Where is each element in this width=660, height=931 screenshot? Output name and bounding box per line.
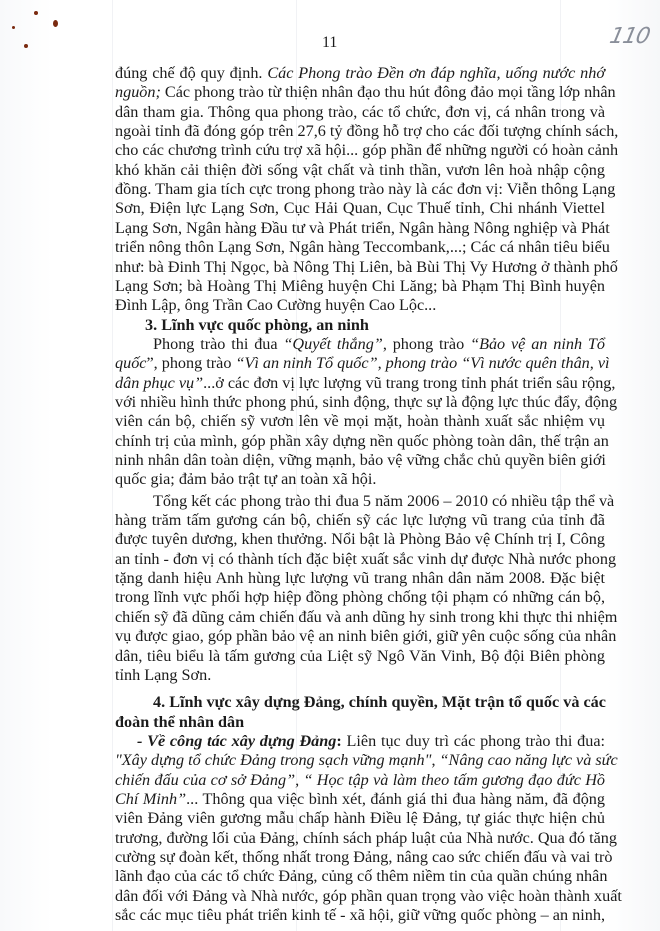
text-line: viên Đảng viên gương mẫu chấp hành Điều … bbox=[115, 809, 605, 828]
text-line: trong lĩnh vực phối hợp hiệp đồng phòng … bbox=[115, 588, 605, 607]
text-segment: Đình Lập, ông Trần Cao Cường huyện Cao L… bbox=[115, 296, 436, 314]
text-segment: ... Thông qua việc bình xét, đánh giá th… bbox=[186, 790, 605, 808]
text-segment: ...ở các đơn vị lực lượng vũ trang trong… bbox=[203, 374, 615, 392]
text-line: quốc gia; đảm bảo trật tự an toàn xã hội… bbox=[115, 470, 605, 489]
text-line: quốc”, phong trào “Vì an ninh Tổ quốc”, … bbox=[115, 354, 605, 373]
text-segment: đúng chế độ quy định. bbox=[115, 64, 267, 82]
text-line: đúng chế độ quy định. Các Phong trào Đền… bbox=[115, 64, 605, 83]
text-line: dân tham gia. Thông qua phong trào, các … bbox=[115, 103, 605, 122]
text-segment: dân tham gia. Thông qua phong trào, các … bbox=[115, 103, 605, 121]
text-segment: hàng trăm tấm gương cán bộ, chiến sỹ các… bbox=[115, 511, 605, 529]
text-line: nguồn; Các phong trào từ thiện nhân đạo … bbox=[115, 83, 605, 102]
text-segment: được tuyên dương, khen thưởng. Nổi bật l… bbox=[115, 530, 605, 548]
text-line: - Về công tác xây dựng Đảng: Liên tục du… bbox=[137, 732, 605, 751]
text-line: an tỉnh - đơn vị có thành tích đặc biệt … bbox=[115, 550, 605, 569]
text-line: Lạng Sơn, Ngân hàng Đầu tư và Phát triển… bbox=[115, 219, 605, 238]
text-line: 4. Lĩnh vực xây dựng Đảng, chính quyền, … bbox=[153, 693, 605, 712]
text-segment: Lạng Sơn, Ngân hàng Đầu tư và Phát triển… bbox=[115, 219, 610, 237]
text-segment: Tổng kết các phong trào thi đua 5 năm 20… bbox=[153, 492, 614, 510]
text-line: ninh nhân dân toàn diện, vững mạnh, bảo … bbox=[115, 451, 605, 470]
text-segment: triển nông thôn Lạng Sơn, Ngân hàng Tecc… bbox=[115, 238, 610, 256]
text-line: cường sự đoàn kết, thống nhất trong Đảng… bbox=[115, 848, 605, 867]
text-segment: trương, đường lối của Đảng, chính sách p… bbox=[115, 829, 617, 847]
text-line: sắc các mục tiêu phát triển kinh tế - xã… bbox=[115, 906, 605, 925]
text-line: tỉnh Lạng Sơn. bbox=[115, 666, 605, 685]
text-segment: an tỉnh - đơn vị có thành tích đặc biệt … bbox=[115, 550, 616, 568]
document-page: 11 110 đúng chế độ quy định. Các Phong t… bbox=[0, 0, 660, 931]
text-segment: vụ được giao, góp phần bảo vệ an ninh bi… bbox=[115, 627, 616, 645]
text-segment: Phong trào thi đua bbox=[153, 335, 283, 353]
text-line: với nhiều hình thức phong phú, sinh động… bbox=[115, 393, 605, 412]
text-segment: “Bảo vệ an ninh Tổ bbox=[470, 335, 605, 353]
text-line: đồng. Tham gia tích cực trong phong trào… bbox=[115, 180, 605, 199]
text-line: đoàn thể nhân dân bbox=[115, 713, 605, 732]
text-segment: , phong trào bbox=[383, 335, 470, 353]
text-line: Lạng Sơn; bà Hoàng Thị Miêng huyện Chi L… bbox=[115, 277, 605, 296]
text-line: trương, đường lối của Đảng, chính sách p… bbox=[115, 829, 605, 848]
text-segment: Sơn, Điện lực Lạng Sơn, Cục Hải Quan, Cụ… bbox=[115, 199, 605, 217]
text-segment: Chí Minh” bbox=[115, 790, 186, 808]
text-line: "Xây dựng tổ chức Đảng trong sạch vững m… bbox=[115, 751, 605, 770]
text-segment: quốc gia; đảm bảo trật tự an toàn xã hội… bbox=[115, 470, 376, 488]
text-segment: ngoài tỉnh đã đóng góp trên 27,6 tỷ đồng… bbox=[115, 122, 618, 140]
ink-spot bbox=[24, 44, 28, 48]
text-line: chiến sỹ đã dũng cảm chiến đấu và anh dũ… bbox=[115, 608, 605, 627]
text-segment: : bbox=[336, 732, 346, 750]
text-segment: Lạng Sơn; bà Hoàng Thị Miêng huyện Chi L… bbox=[115, 277, 605, 295]
text-segment: chính trị của mình, góp phần xây dựng nề… bbox=[115, 432, 609, 450]
text-segment: - Về công tác xây dựng Đảng bbox=[137, 732, 336, 750]
text-segment: ”, phong trào bbox=[146, 354, 235, 372]
text-segment: đồng. Tham gia tích cực trong phong trào… bbox=[115, 180, 615, 198]
text-line: Tổng kết các phong trào thi đua 5 năm 20… bbox=[153, 492, 605, 511]
page-number: 11 bbox=[322, 34, 337, 52]
text-line: ngoài tỉnh đã đóng góp trên 27,6 tỷ đồng… bbox=[115, 122, 605, 141]
text-segment: dân, tiêu biểu là tấm gương của Liệt sỹ … bbox=[115, 647, 605, 665]
text-line: triển nông thôn Lạng Sơn, Ngân hàng Tecc… bbox=[115, 238, 605, 257]
ink-spot bbox=[34, 11, 38, 15]
text-segment: "Xây dựng tổ chức Đảng trong sạch vững m… bbox=[115, 751, 431, 769]
text-segment: dân đối với Đảng và Nhà nước, góp phần q… bbox=[115, 887, 622, 905]
ink-spot bbox=[12, 26, 15, 29]
text-segment: tặng danh hiệu Anh hùng lực lượng vũ tra… bbox=[115, 569, 605, 587]
text-segment: khó khăn cải thiện đời sống vật chất và … bbox=[115, 161, 605, 179]
text-segment: Các Phong trào Đền ơn đáp nghĩa, uống nư… bbox=[267, 64, 605, 82]
text-line: 3. Lĩnh vực quốc phòng, an ninh bbox=[145, 316, 605, 335]
text-segment: 4. Lĩnh vực xây dựng Đảng, chính quyền, … bbox=[153, 693, 606, 711]
text-line: vụ được giao, góp phần bảo vệ an ninh bi… bbox=[115, 627, 605, 646]
text-segment: như: bà Đinh Thị Ngọc, bà Nông Thị Liên,… bbox=[115, 258, 618, 276]
text-segment: nguồn; bbox=[115, 83, 161, 101]
text-segment: sắc các mục tiêu phát triển kinh tế - xã… bbox=[115, 906, 605, 924]
text-line: hàng trăm tấm gương cán bộ, chiến sỹ các… bbox=[115, 511, 605, 530]
text-segment: quốc bbox=[115, 354, 146, 372]
text-line: khó khăn cải thiện đời sống vật chất và … bbox=[115, 161, 605, 180]
text-segment: Các phong trào từ thiện nhân đạo thu hút… bbox=[161, 83, 616, 101]
text-line: lãnh đạo của các tổ chức Đảng, củng cố t… bbox=[115, 867, 605, 886]
text-segment: lãnh đạo của các tổ chức Đảng, củng cố t… bbox=[115, 867, 607, 885]
text-segment: chiến sỹ đã dũng cảm chiến đấu và anh dũ… bbox=[115, 608, 617, 626]
text-line: chiến đấu của cơ sở Đảng”, “ Học tập và … bbox=[115, 771, 605, 790]
text-line: viên cán bộ, chiến sỹ vươn lên về mọi mặ… bbox=[115, 412, 605, 431]
text-segment: 3. Lĩnh vực quốc phòng, an ninh bbox=[145, 316, 369, 334]
text-line: tặng danh hiệu Anh hùng lực lượng vũ tra… bbox=[115, 569, 605, 588]
scan-artifact-line bbox=[112, 0, 113, 931]
text-line: Phong trào thi đua “Quyết thắng”, phong … bbox=[153, 335, 605, 354]
text-segment: tỉnh Lạng Sơn. bbox=[115, 666, 211, 684]
text-line: Chí Minh”... Thông qua việc bình xét, đá… bbox=[115, 790, 605, 809]
text-segment: “Vì an ninh Tổ quốc”, phong trào “Vì nướ… bbox=[235, 354, 609, 372]
text-line: dân đối với Đảng và Nhà nước, góp phần q… bbox=[115, 887, 605, 906]
text-segment: viên Đảng viên gương mẫu chấp hành Điều … bbox=[115, 809, 605, 827]
text-segment: chiến đấu của cơ sở Đảng”, “ Học tập và … bbox=[115, 771, 605, 789]
text-segment: viên cán bộ, chiến sỹ vươn lên về mọi mặ… bbox=[115, 412, 605, 430]
text-line: cho các chương trình cứu trợ xã hội... g… bbox=[115, 141, 605, 160]
text-line: Đình Lập, ông Trần Cao Cường huyện Cao L… bbox=[115, 296, 605, 315]
handwritten-annotation: 110 bbox=[607, 24, 651, 49]
text-segment: cho các chương trình cứu trợ xã hội... g… bbox=[115, 141, 618, 159]
text-segment: ninh nhân dân toàn diện, vững mạnh, bảo … bbox=[115, 451, 606, 469]
text-line: được tuyên dương, khen thưởng. Nổi bật l… bbox=[115, 530, 605, 549]
text-segment: đoàn thể nhân dân bbox=[115, 713, 244, 731]
text-line: dân, tiêu biểu là tấm gương của Liệt sỹ … bbox=[115, 647, 605, 666]
text-segment: cường sự đoàn kết, thống nhất trong Đảng… bbox=[115, 848, 612, 866]
text-segment: trong lĩnh vực phối hợp hiệp đồng phòng … bbox=[115, 588, 605, 606]
text-line: dân phục vụ”...ở các đơn vị lực lượng vũ… bbox=[115, 374, 605, 393]
text-line: chính trị của mình, góp phần xây dựng nề… bbox=[115, 432, 605, 451]
text-segment: với nhiều hình thức phong phú, sinh động… bbox=[115, 393, 617, 411]
text-line: như: bà Đinh Thị Ngọc, bà Nông Thị Liên,… bbox=[115, 258, 605, 277]
text-segment: “Nâng cao năng lực và sức bbox=[440, 751, 618, 769]
text-segment: “Quyết thắng” bbox=[283, 335, 382, 353]
text-segment: Liên tục duy trì các phong trào thi đua: bbox=[347, 732, 605, 750]
text-line: Sơn, Điện lực Lạng Sơn, Cục Hải Quan, Cụ… bbox=[115, 199, 605, 218]
text-segment: , bbox=[431, 751, 439, 769]
ink-spot bbox=[53, 20, 58, 27]
text-segment: dân phục vụ” bbox=[115, 374, 203, 392]
